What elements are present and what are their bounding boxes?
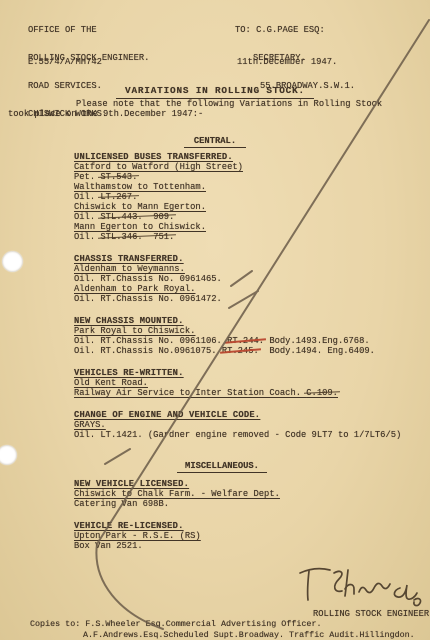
section-heading: VEHICLE RE-LICENSED. [74,521,430,531]
line-text: Body.1493.Eng.6768. [264,336,370,346]
intro-line-1: Please note that the following Variation… [76,100,382,109]
region-heading: CENTRAL. [0,130,430,148]
struck-text: RT.245. [222,346,259,356]
document-line: Oil. LT.1421. (Gardner engine removed - … [74,430,430,440]
document-line: Upton Park - R.S.E. (RS) [74,531,430,541]
line-text: Oil. [74,232,100,242]
struck-text: RT.244. [227,336,264,346]
document-line: Oil. STL.443. 909. [74,212,430,222]
document-line: Catering Van 698B. [74,499,430,509]
section-heading: VEHICLES RE-WRITTEN. [74,368,430,378]
section-heading: CHANGE OF ENGINE AND VEHICLE CODE. [74,410,430,420]
document-line: Chiswick to Mann Egerton. [74,202,430,212]
struck-text: STL.443. 909. [100,212,174,222]
section-heading: CHASSIS TRANSFERRED. [74,254,430,264]
document-line: Chiswick to Chalk Farm. - Welfare Dept. [74,489,430,499]
struck-text: LT.267. [100,192,137,202]
section-heading-text: NEW VEHICLE LICENSED. [74,479,189,489]
section-heading-text: CHANGE OF ENGINE AND VEHICLE CODE. [74,410,260,420]
document-line: Oil. RT.Chassis No. 0961472. [74,294,430,304]
miscellaneous-sections: NEW VEHICLE LICENSED.Chiswick to Chalk F… [74,479,430,551]
document-date: 11th.December 1947. [237,58,337,67]
document-section: VEHICLE RE-LICENSED.Upton Park - R.S.E. … [74,521,430,551]
document-page: OFFICE OF THE ROLLING STOCK ENGINEER. RO… [0,0,430,640]
line-text: Aldenham to Weymanns. [74,264,185,274]
document-body: UNLICENSED BUSES TRANSFERRED.Catford to … [74,152,430,563]
line-text: Upton Park - R.S.E. (RS) [74,531,201,541]
line-text: Body.1494. Eng.6409. [259,346,375,356]
document-line: Aldenham to Weymanns. [74,264,430,274]
recipient-to: TO: C.G.PAGE ESQ: [235,26,355,35]
document-line: Pet. ST.543. [74,172,430,182]
miscellaneous-heading-text: MISCELLANEOUS. [177,461,267,473]
line-text: Walthamstow to Tottenham. [74,182,206,192]
intro-line-2: took place on the 9th.December 1947:- [8,110,203,119]
line-text: Oil. RT.Chassis No.0961075. [74,346,222,356]
document-line: Park Royal to Chiswick. [74,326,430,336]
line-text: Oil. RT.Chassis No. 0961465. [74,274,222,284]
office-line: OFFICE OF THE [28,26,149,35]
hole-punch-bottom [0,445,17,465]
document-section: CHASSIS TRANSFERRED.Aldenham to Weymanns… [74,254,430,304]
section-heading-text: VEHICLE RE-LICENSED. [74,521,184,531]
document-line: Box Van 2521. [74,541,430,551]
section-heading-text: NEW CHASSIS MOUNTED. [74,316,184,326]
document-line: Railway Air Service to Inter Station Coa… [74,388,430,398]
document-section: NEW CHASSIS MOUNTED.Park Royal to Chiswi… [74,316,430,356]
line-text: Oil. [74,212,100,222]
document-line: Mann Egerton to Chiswick. [74,222,430,232]
section-heading-text: VEHICLES RE-WRITTEN. [74,368,184,378]
document-line: Oil. RT.Chassis No. 0961465. [74,274,430,284]
signature-role: ROLLING STOCK ENGINEER. [313,610,430,619]
line-text: Mann Egerton to Chiswick. [74,222,206,232]
line-text: Catford to Watford (High Street) [74,162,243,172]
line-text: Box Van 2521. [74,541,143,551]
document-section: CHANGE OF ENGINE AND VEHICLE CODE.GRAYS.… [74,410,430,440]
document-line: Oil. LT.267. [74,192,430,202]
document-line: Oil. RT.Chassis No.0961075. RT.245. Body… [74,346,430,356]
section-heading: UNLICENSED BUSES TRANSFERRED. [74,152,430,162]
line-text: Oil. RT.Chassis No. 0961472. [74,294,222,304]
line-text: Aldenham to Park Royal. [74,284,195,294]
document-line: Aldenham to Park Royal. [74,284,430,294]
line-text: Oil. RT.Chassis No. 0961106. [74,336,227,346]
document-line: GRAYS. [74,420,430,430]
line-text: GRAYS. [74,420,106,430]
section-heading: NEW CHASSIS MOUNTED. [74,316,430,326]
line-text: Old Kent Road. [74,378,148,388]
document-line: Oil. STL.346. 751. [74,232,430,242]
document-title: VARIATIONS IN ROLLING STOCK. [0,80,430,98]
struck-text: C.109. [306,388,338,398]
document-line: Old Kent Road. [74,378,430,388]
section-heading-text: UNLICENSED BUSES TRANSFERRED. [74,152,233,162]
section-heading: NEW VEHICLE LICENSED. [74,479,430,489]
section-heading-text: CHASSIS TRANSFERRED. [74,254,184,264]
signature [296,562,428,610]
reference-number: E.55/4/A/MH742 [28,58,102,67]
document-section: UNLICENSED BUSES TRANSFERRED.Catford to … [74,152,430,242]
copies-line-1: Copies to: F.S.Wheeler Esq.Commercial Ad… [30,620,322,629]
copies-line-2: A.F.Andrews.Esq.Scheduled Supt.Broadway.… [83,631,415,640]
line-text: Chiswick to Chalk Farm. - Welfare Dept. [74,489,280,499]
document-title-text: VARIATIONS IN ROLLING STOCK. [116,85,314,99]
region-heading-text: CENTRAL. [184,136,246,148]
document-section: NEW VEHICLE LICENSED.Chiswick to Chalk F… [74,479,430,509]
struck-text: STL.346. 751. [100,232,174,242]
miscellaneous-heading: MISCELLANEOUS. [74,459,370,469]
line-text: Oil. [74,192,100,202]
central-sections: UNLICENSED BUSES TRANSFERRED.Catford to … [74,152,430,440]
line-text: Catering Van 698B. [74,499,169,509]
document-line: Walthamstow to Tottenham. [74,182,430,192]
document-section: VEHICLES RE-WRITTEN.Old Kent Road.Railwa… [74,368,430,398]
line-text: Railway Air Service to Inter Station Coa… [74,388,306,398]
document-line: Catford to Watford (High Street) [74,162,430,172]
hole-punch-top [2,251,23,272]
line-text: Pet. [74,172,100,182]
document-line: Oil. RT.Chassis No. 0961106. RT.244. Bod… [74,336,430,346]
line-text: Chiswick to Mann Egerton. [74,202,206,212]
line-text: Park Royal to Chiswick. [74,326,195,336]
line-text: Oil. LT.1421. (Gardner engine removed - … [74,430,401,440]
struck-text: ST.543. [100,172,137,182]
